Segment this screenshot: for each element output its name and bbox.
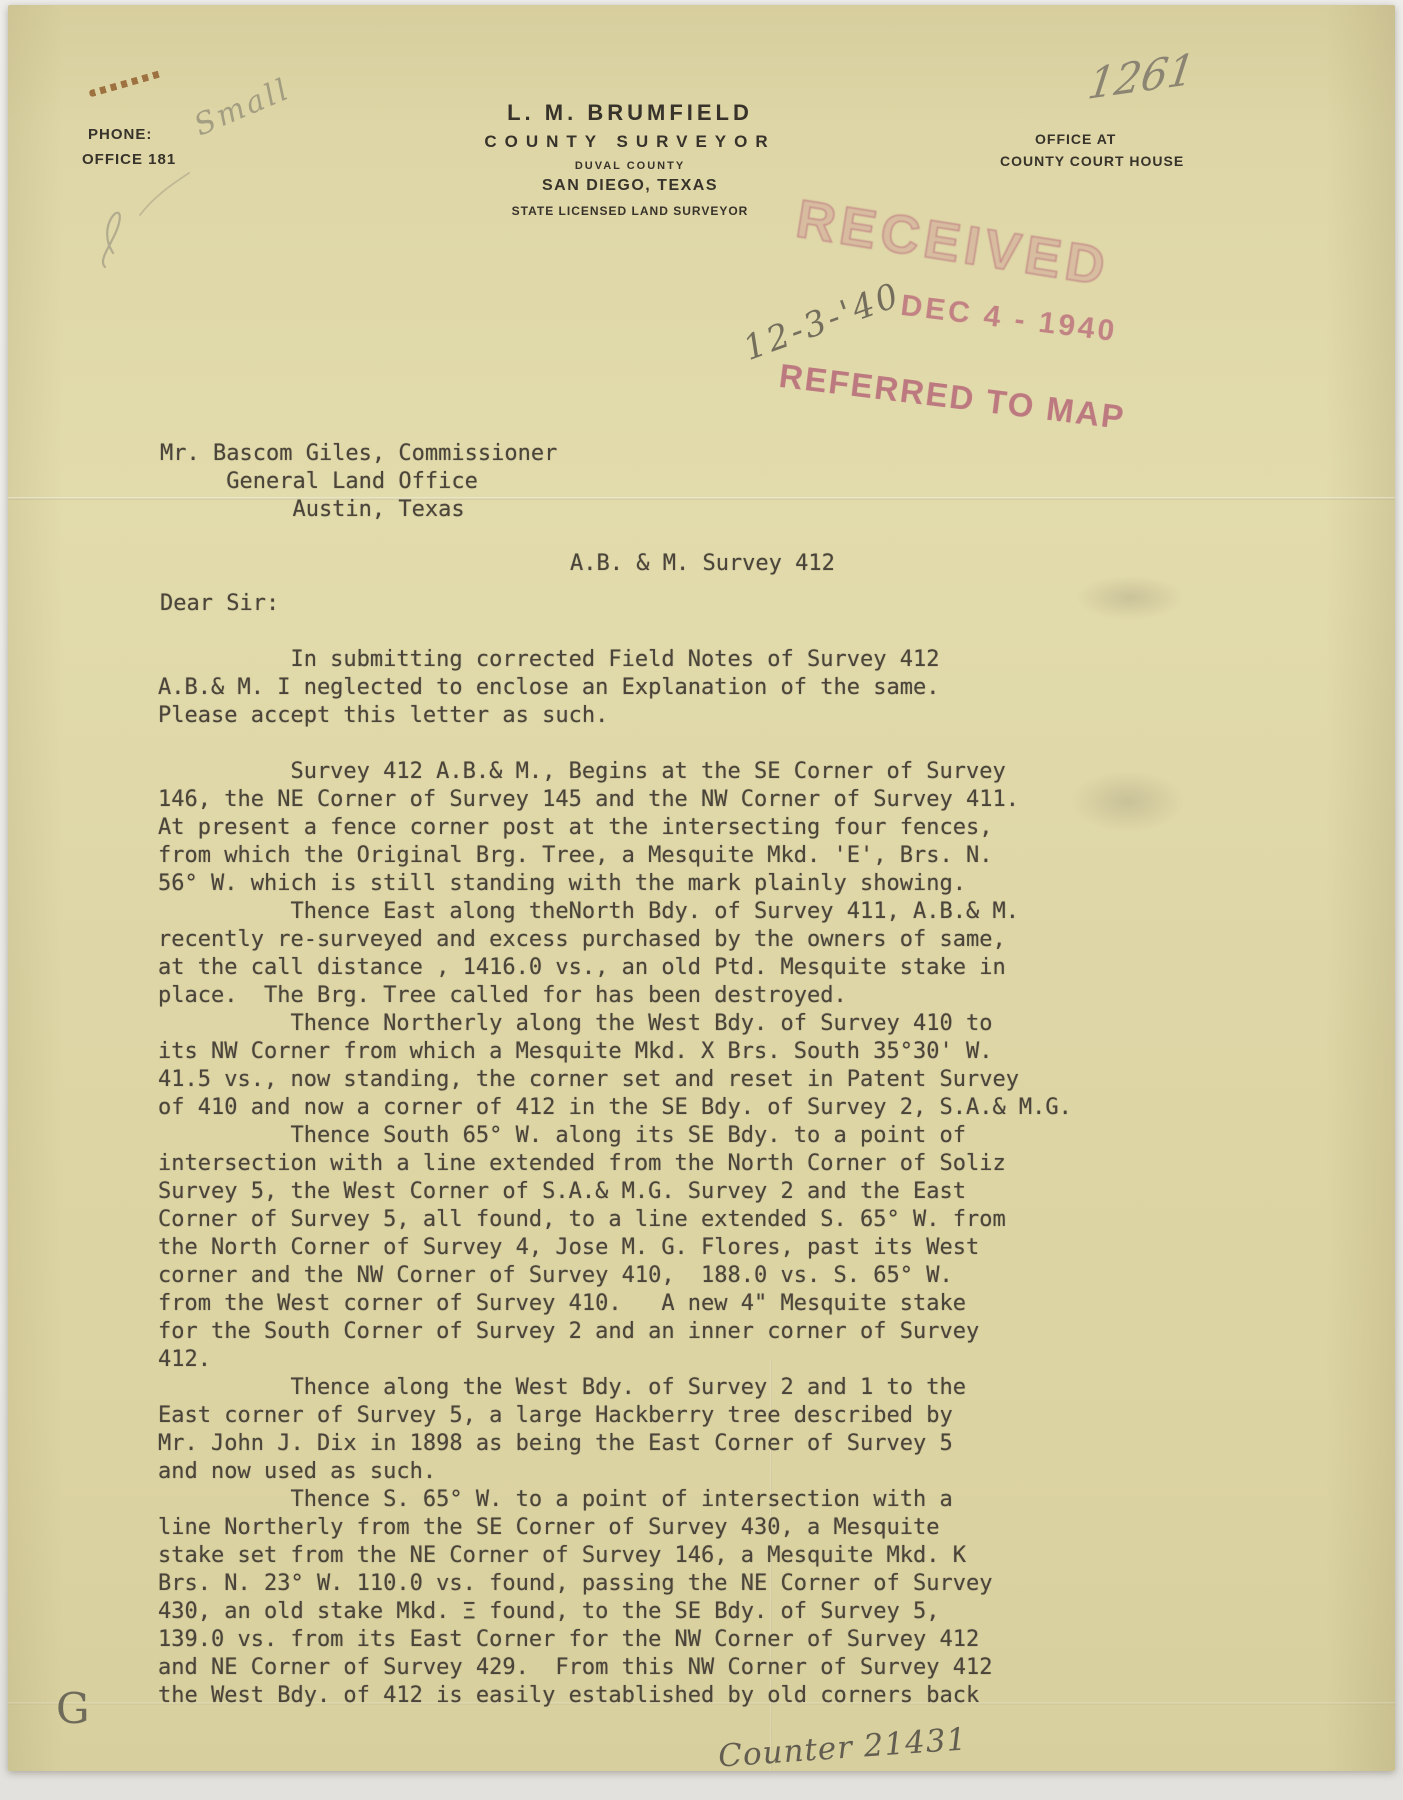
letterhead-center-block: L. M. BRUMFIELD COUNTY SURVEYOR DUVAL CO…: [420, 100, 840, 218]
handwritten-initial-g: G: [56, 1684, 90, 1733]
letterhead-city: SAN DIEGO, TEXAS: [420, 177, 840, 195]
letterhead-name: L. M. BRUMFIELD: [420, 100, 840, 126]
recipient-address-block: Mr. Bascom Giles, Commissioner General L…: [160, 440, 557, 524]
letterhead-office-at-label: OFFICE AT: [1035, 131, 1116, 147]
letterhead-phone-label: PHONE:: [88, 126, 152, 143]
letterhead-title: COUNTY SURVEYOR: [420, 132, 840, 152]
scanned-letter-page: { "colors": { "paper": "#ded6a6", "scan_…: [0, 0, 1403, 1800]
pencil-scribble: [85, 155, 195, 275]
letter-body: In submitting corrected Field Notes of S…: [158, 646, 1072, 1710]
paper-smudge: [1075, 575, 1185, 620]
subject-line: A.B. & M. Survey 412: [570, 550, 835, 578]
letterhead-phone-value: OFFICE 181: [82, 151, 176, 168]
letterhead-license: STATE LICENSED LAND SURVEYOR: [420, 204, 840, 218]
salutation: Dear Sir:: [160, 590, 279, 618]
paper-smudge: [1070, 770, 1185, 832]
letterhead-county: DUVAL COUNTY: [420, 160, 840, 172]
letterhead-office-at-value: COUNTY COURT HOUSE: [1000, 153, 1184, 169]
